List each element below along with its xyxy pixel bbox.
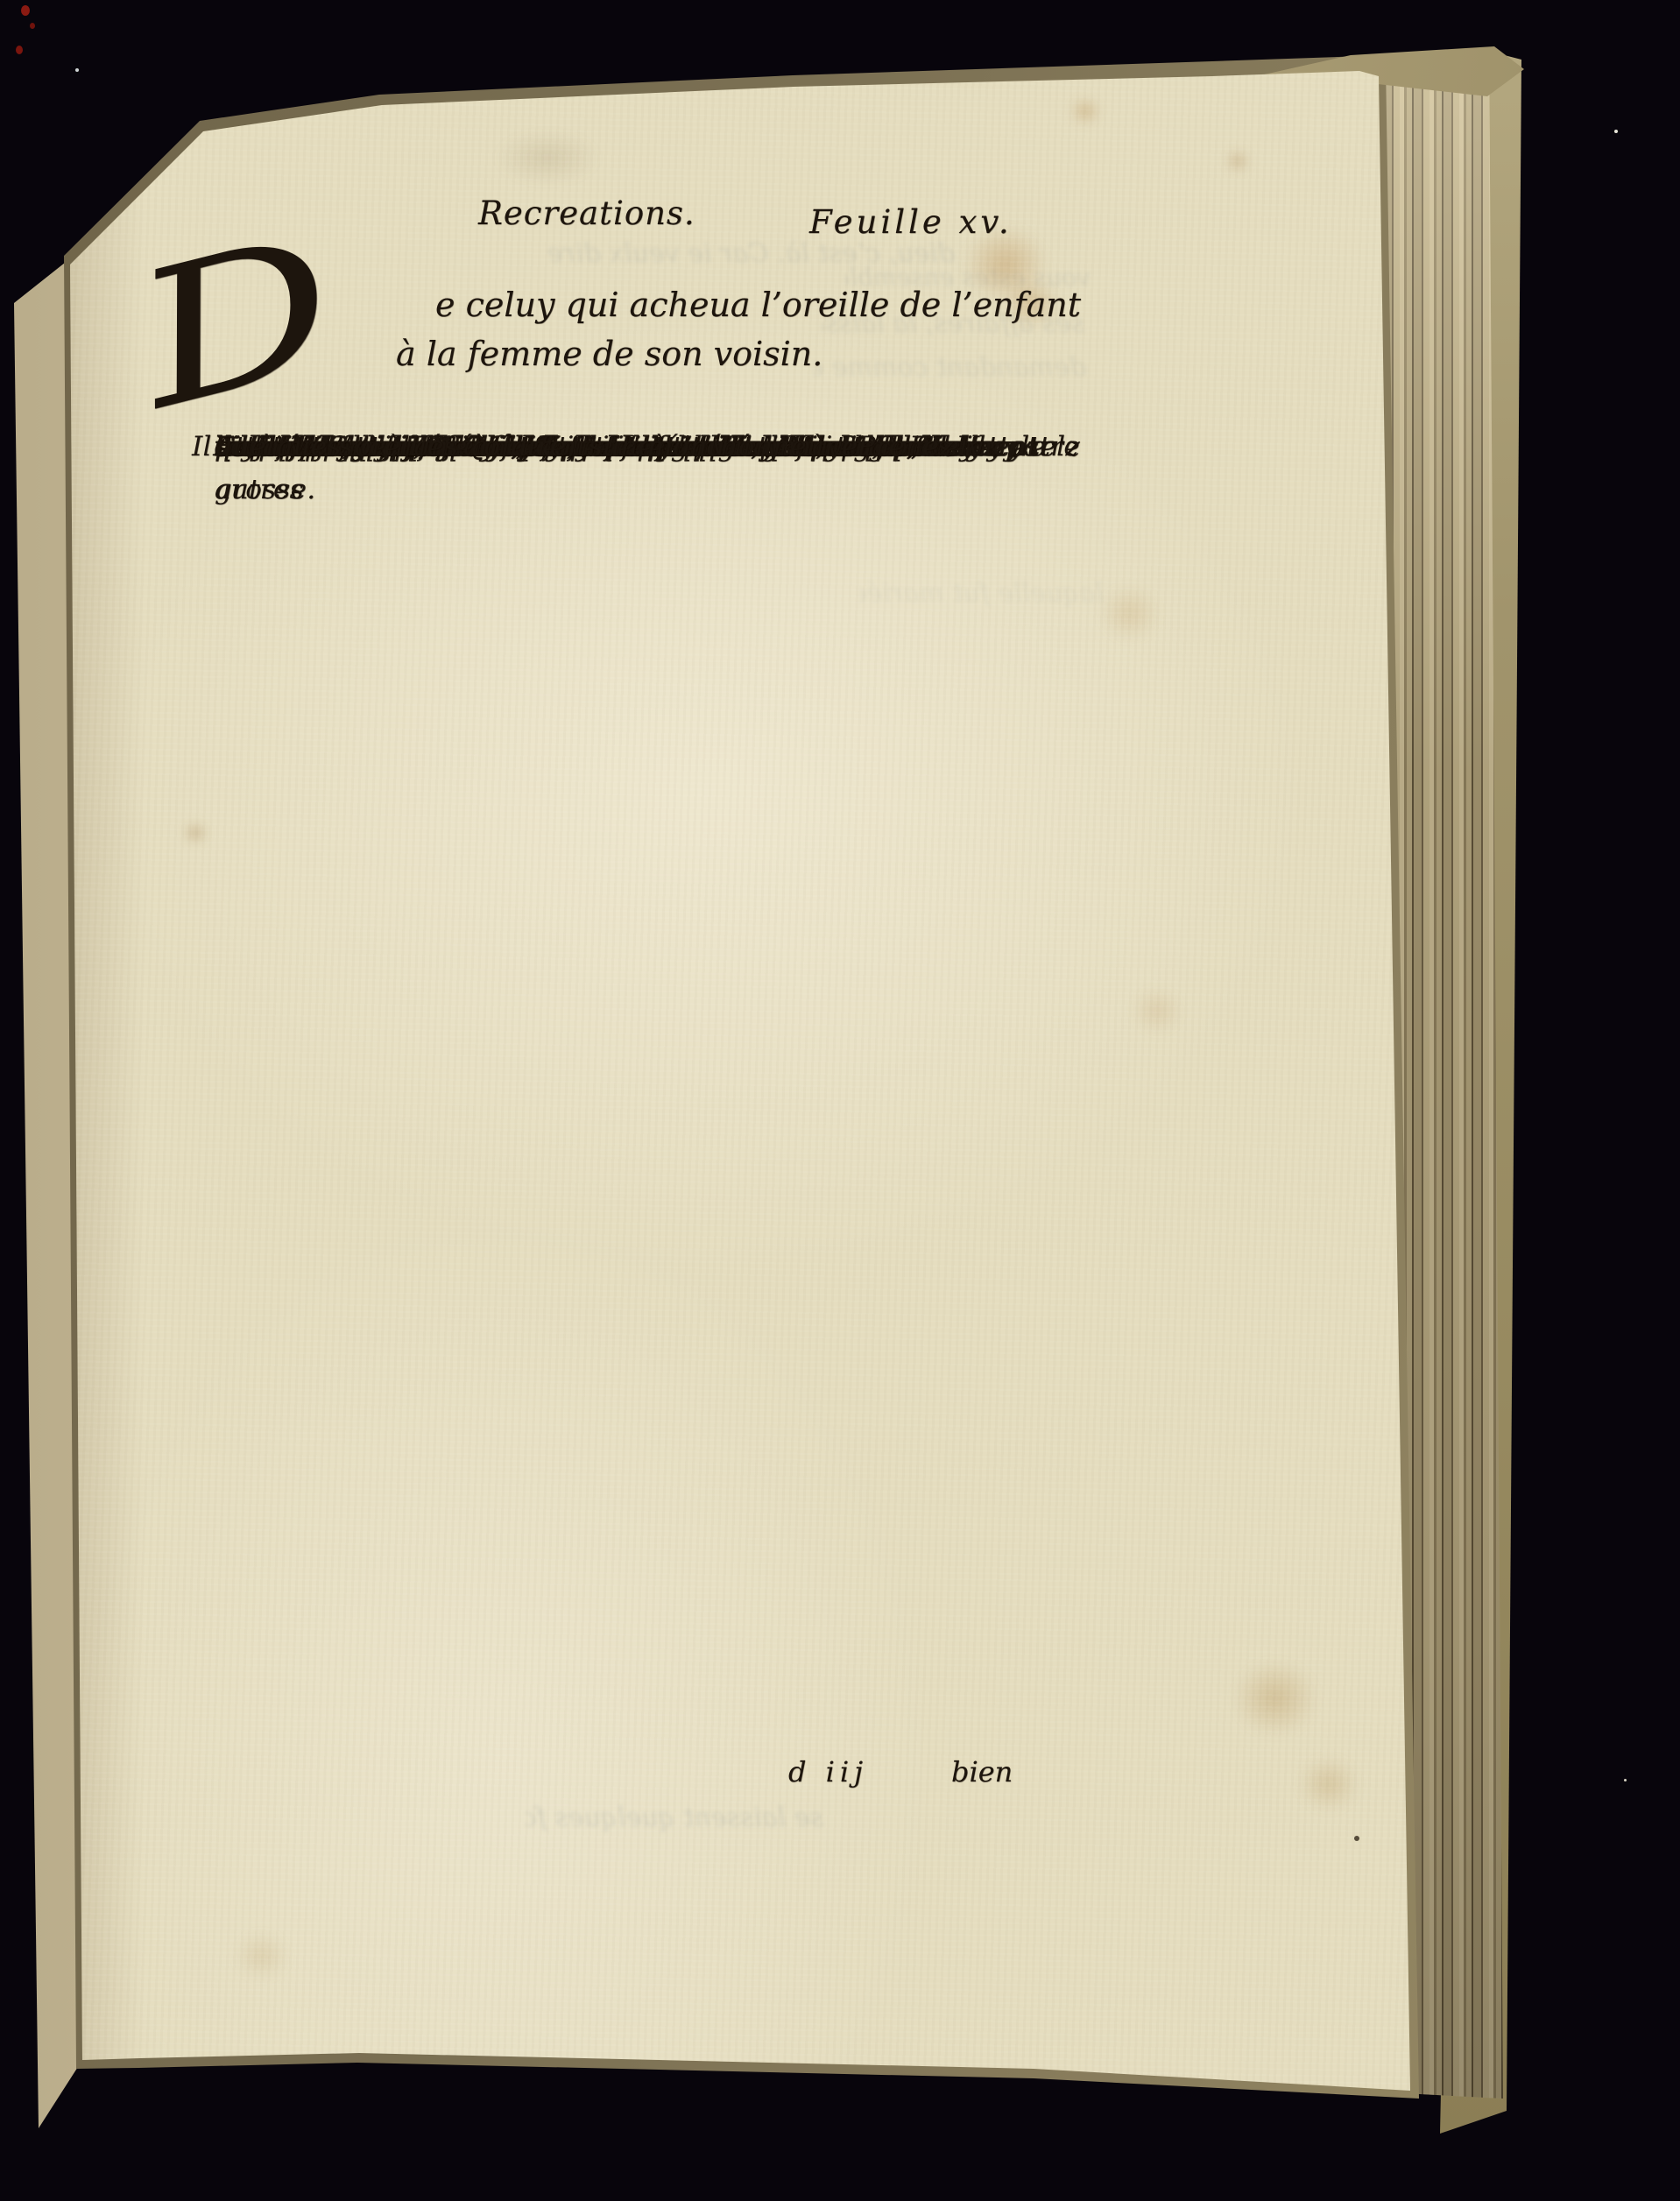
book-photo: dieu, c’est là. Car ie veulx dire qu’il … xyxy=(0,0,1680,2201)
show-through-text: demandant comme elle se portoit en mesna… xyxy=(813,352,1086,383)
show-through-text: laquelle fut mariée à vn marchant d’asse… xyxy=(858,578,1104,609)
running-head-folio: Feuille xv. xyxy=(809,203,1013,241)
chapter-drop-initial: D xyxy=(121,208,354,435)
printed-content: dieu, c’est là. Car ie veulx dire qu’il … xyxy=(0,0,1680,2201)
show-through-text: se laissent quelques foys abuser bien si… xyxy=(526,1802,823,1833)
chapter-title-line-2: à la femme de son voisin. xyxy=(396,335,822,373)
body-line: quelques oreilles à faire, sur mon honne… xyxy=(215,426,983,469)
signature-mark: d iij xyxy=(788,1755,868,1788)
catchword: bien xyxy=(951,1755,1013,1788)
chapter-title-line-1: e celuy qui acheua l’oreille de l’enfant xyxy=(435,286,1081,324)
running-head-title: Recreations. xyxy=(478,194,695,232)
